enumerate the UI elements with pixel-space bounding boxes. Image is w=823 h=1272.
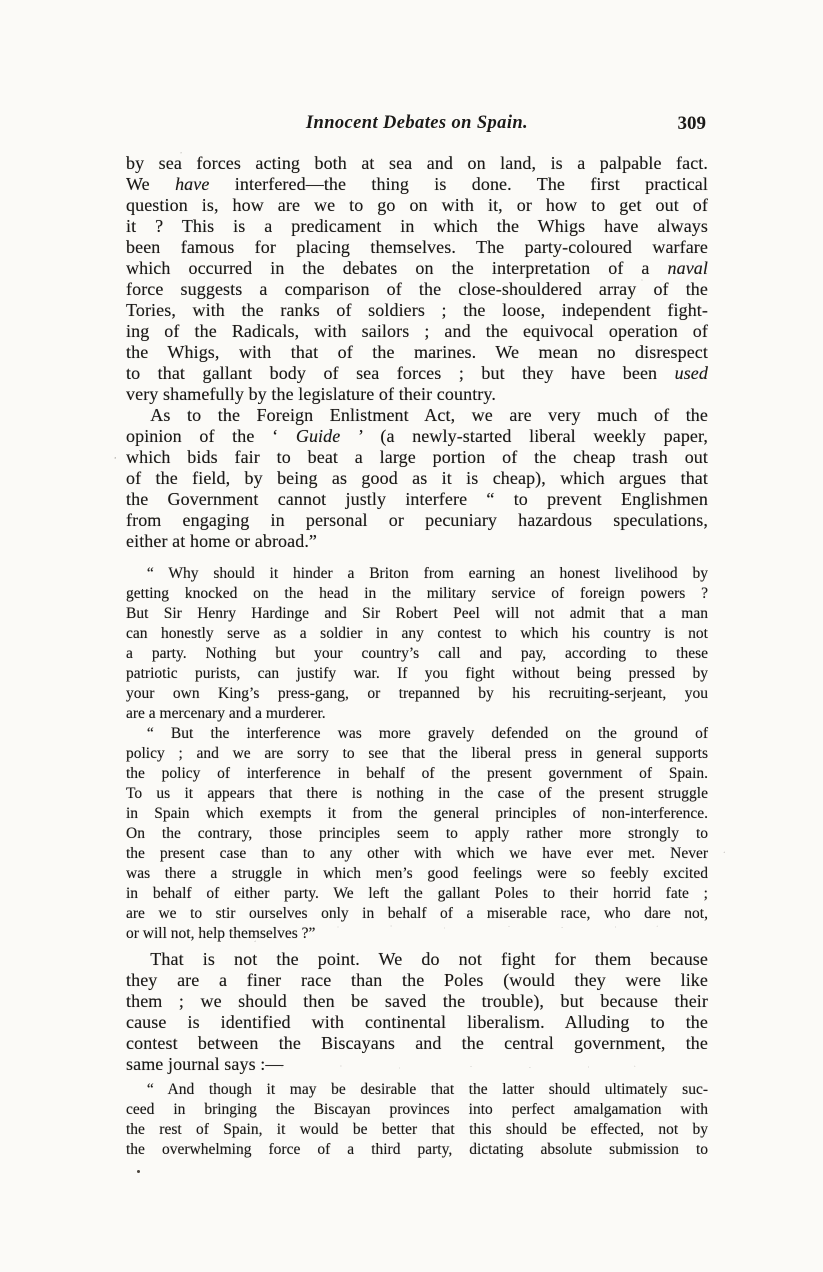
text-line: ing of the Radicals, with sailors ; and … [126,321,708,342]
text-line: same journal says :— [126,1054,708,1075]
paragraph-interference-fact: by sea forces acting both at sea and on … [126,153,708,405]
text-line: “ And though it may be desirable that th… [126,1080,708,1100]
text-line: question is, how are we to go on with it… [126,195,708,216]
text-line: contest between the Biscayans and the ce… [126,1033,708,1054]
text-line: they are a finer race than the Poles (wo… [126,970,708,991]
text-line: either at home or abroad.” [126,531,708,552]
text-line: are we to stir ourselves only in behalf … [126,904,708,924]
text-line: getting knocked on the head in the milit… [126,584,708,604]
text-line: to that gallant body of sea forces ; but… [126,363,708,384]
text-line: a party. Nothing but your country’s call… [126,644,708,664]
text-line: the overwhelming force of a third party,… [126,1140,708,1160]
text-line: which bids fair to beat a large portion … [126,447,708,468]
text-line: it ? This is a predicament in which the … [126,216,708,237]
page-number: 309 [678,113,707,135]
extract-quote-and-though-it-may: “ And though it may be desirable that th… [126,1080,708,1160]
text-line: opinion of the ‘ Guide ’ (a newly-starte… [126,426,708,447]
text-line: policy ; and we are sorry to see that th… [126,744,708,764]
text-line: are a mercenary and a murderer. [126,704,708,724]
text-line: “ But the interference was more gravely … [126,724,708,744]
text-line: can honestly serve as a soldier in any c… [126,624,708,644]
ink-speck [137,1170,140,1173]
text-line: of the field, by being as good as it is … [126,468,708,489]
text-line: the present case than to any other with … [126,844,708,864]
paragraph-foreign-enlistment-act: As to the Foreign Enlistment Act, we are… [126,405,708,552]
text-line: which occurred in the debates on the int… [126,258,708,279]
text-line: the Whigs, with that of the marines. We … [126,342,708,363]
text-line: “ Why should it hinder a Briton from ear… [126,564,708,584]
text-line: in behalf of either party. We left the g… [126,884,708,904]
text-line: very shamefully by the legislature of th… [126,384,708,405]
text-line: by sea forces acting both at sea and on … [126,153,708,174]
text-line: On the contrary, those principles seem t… [126,824,708,844]
page-title: Innocent Debates on Spain. [126,113,708,134]
text-line: force suggests a comparison of the close… [126,279,708,300]
text-line: That is not the point. We do not fight f… [126,949,708,970]
paragraph-that-is-not-the-point: That is not the point. We do not fight f… [126,949,708,1075]
text-line: or will not, help themselves ?” [126,924,708,944]
running-header: Innocent Debates on Spain. 309 [126,113,708,137]
extract-quote-why-should-it-hinder: “ Why should it hinder a Briton from ear… [126,564,708,724]
text-line: But Sir Henry Hardinge and Sir Robert Pe… [126,604,708,624]
text-line: cause is identified with continental lib… [126,1012,708,1033]
text-line: been famous for placing themselves. The … [126,237,708,258]
text-line: them ; we should then be saved the troub… [126,991,708,1012]
text-line: was there a struggle in which men’s good… [126,864,708,884]
text-line: the rest of Spain, it would be better th… [126,1120,708,1140]
text-line: your own King’s press-gang, or trepanned… [126,684,708,704]
text-line: As to the Foreign Enlistment Act, we are… [126,405,708,426]
scanned-page: Innocent Debates on Spain. 309 by sea fo… [0,0,823,1272]
text-line: We have interfered—the thing is done. Th… [126,174,708,195]
text-column: Innocent Debates on Spain. 309 by sea fo… [126,113,708,1160]
text-line: in Spain which exempts it from the gener… [126,804,708,824]
extract-quote-but-the-interference: “ But the interference was more gravely … [126,724,708,944]
text-line: the Government cannot justly interfere “… [126,489,708,510]
text-line: To us it appears that there is nothing i… [126,784,708,804]
text-line: patriotic purists, can justify war. If y… [126,664,708,684]
text-line: ceed in bringing the Biscayan provinces … [126,1100,708,1120]
spacer [126,552,708,564]
text-line: the policy of interference in behalf of … [126,764,708,784]
text-line: from engaging in personal or pecuniary h… [126,510,708,531]
text-line: Tories, with the ranks of soldiers ; the… [126,300,708,321]
